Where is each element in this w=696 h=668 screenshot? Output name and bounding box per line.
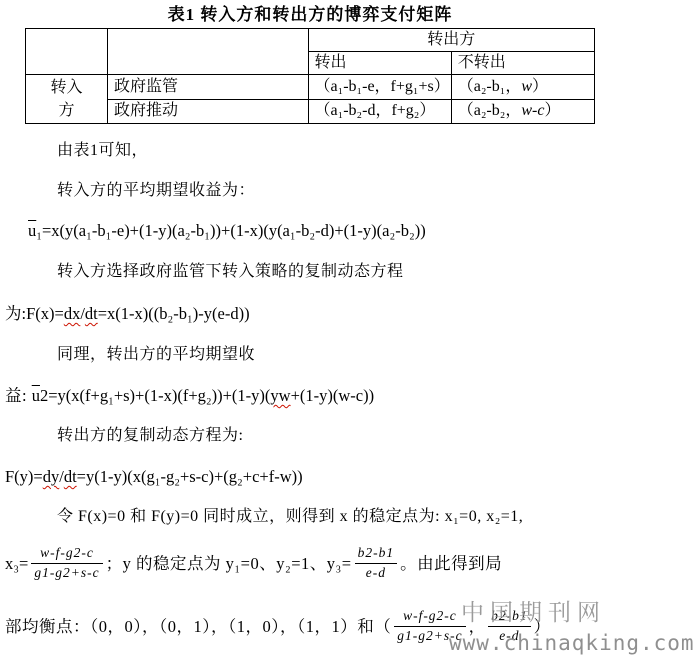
fx-dt-spellcheck: dt [85, 304, 98, 323]
x3-denominator: g1-g2+s-c [31, 564, 102, 582]
col-group-header: 转出方 [308, 29, 594, 52]
row-group-header-line2: 方 [32, 99, 101, 122]
payoff-matrix-table: 转出方 转出 不转出 转入 方 政府监管 （a₁-b₁-e，f+g₁+s） （a… [25, 28, 595, 124]
payoff-var: w [521, 78, 532, 95]
x3-numerator: w-f-g2-c [31, 545, 102, 564]
fx-expression: =x(1-x)((b₂-b₁)-y(e-d)) [98, 304, 250, 323]
y-stability-text: ；y 的稳定点为 y₁=0、y₂=1、y₃= [106, 554, 352, 573]
payoff-prefix: （a₂-b₂， [458, 102, 522, 119]
x3-fraction: w-f-g2-cg1-g2+s-c [31, 545, 102, 582]
fy-dt-spellcheck: dt [64, 467, 77, 486]
paragraph-expected-payoff-in: 转入方的平均期望收益为： [57, 181, 255, 200]
table-row: 转出方 [26, 29, 595, 52]
table-title: 表1 转入方和转出方的博弈支付矩阵 [25, 3, 595, 26]
corner-cell-empty-2 [108, 29, 309, 75]
document-page: 表1 转入方和转出方的博弈支付矩阵 转出方 转出 不转出 转入 方 政府监管 （… [0, 0, 696, 668]
col-header-notout: 不转出 [451, 52, 594, 75]
row-group-header: 转入 方 [26, 75, 108, 124]
paragraph-replicator-intro: 转入方选择政府监管下转入策略的复制动态方程 [57, 262, 404, 281]
row-group-header-line1: 转入 [32, 76, 101, 99]
strategy-cell-supervise: 政府监管 [108, 75, 309, 100]
formula-x3-y3: x₃= w-f-g2-cg1-g2+s-c ；y 的稳定点为 y₁=0、y₂=1… [5, 538, 502, 588]
y3-fraction: b2-b1e-d [355, 545, 398, 582]
fy-dy-spellcheck: dy [43, 467, 60, 486]
fy-prefix: F(y)= [5, 467, 43, 486]
formula-fy: F(y)=dy/dt=y(1-y)(x(g₁-g₂+s-c)+(g₂+c+f-w… [5, 467, 303, 486]
watermark-site-name: 中国期刊网 [461, 594, 606, 627]
eq-frac-x-numerator: w-f-g2-c [394, 608, 465, 627]
payoff-cell-r1-notout: （a₂-b₁，w） [451, 75, 594, 100]
u2-prefix: 益: [5, 386, 32, 405]
formula-u2: 益: u2=y(x(f+g₁+s)+(1-x)(f+g₂))+(1-y)(yw+… [5, 386, 374, 405]
y3-numerator: b2-b1 [355, 545, 398, 564]
equilibrium-list: 部均衡点：（0，0），（0，1），（1，0），（1，1）和（ [5, 617, 391, 636]
fx-prefix: 为:F(x)= [5, 304, 64, 323]
payoff-cell-r1-out: （a₁-b₁-e，f+g₁+s） [308, 75, 451, 100]
fy-expression: =y(1-y)(x(g₁-g₂+s-c)+(g₂+c+f-w)) [77, 467, 303, 486]
col-header-out: 转出 [308, 52, 451, 75]
local-text: 。由此得到局 [400, 554, 502, 573]
payoff-prefix: （a₂-b₁， [458, 78, 522, 95]
paragraph-similarly: 同理，转出方的平均期望收 [57, 345, 255, 364]
payoff-suffix: ） [532, 78, 548, 95]
u1-expression: ₁=x(y(a₁-b₁-e)+(1-y)(a₂-b₁))+(1-x)(y(a₁-… [36, 221, 425, 240]
paragraph-stability-points: 令 F(x)=0 和 F(y)=0 同时成立，则得到 x 的稳定点为: x₁=0… [57, 507, 523, 526]
strategy-cell-promote: 政府推动 [108, 99, 309, 124]
formula-u1: u₁=x(y(a₁-b₁-e)+(1-y)(a₂-b₁))+(1-x)(y(a₁… [28, 221, 426, 240]
payoff-cell-r2-notout: （a₂-b₂，w-c） [451, 99, 594, 124]
u1-var-overbar: u [28, 221, 36, 240]
table-row: 转入 方 政府监管 （a₁-b₁-e，f+g₁+s） （a₂-b₁，w） [26, 75, 595, 100]
u2-expression-right: +(1-y)(w-c)) [291, 386, 375, 405]
payoff-var: w-c [521, 102, 544, 119]
y3-denominator: e-d [355, 564, 398, 582]
u2-yw-spellcheck: yw [270, 386, 290, 405]
payoff-cell-r2-out: （a₁-b₂-d，f+g₂） [308, 99, 451, 124]
fx-dx-spellcheck: dx [64, 304, 81, 323]
x3-label: x₃= [5, 554, 28, 573]
paragraph-intro: 由表1可知， [57, 141, 148, 160]
paragraph-replicator-out: 转出方的复制动态方程为: [57, 426, 243, 445]
formula-fx: 为:F(x)=dx/dt=x(1-x)((b₂-b₁)-y(e-d)) [5, 304, 250, 323]
u2-var-overbar: u [32, 386, 40, 405]
corner-cell-empty [26, 29, 108, 75]
u2-expression-left: 2=y(x(f+g₁+s)+(1-x)(f+g₂))+(1-y)( [40, 386, 270, 405]
watermark-site-url: www.chinaqking.com [449, 631, 695, 655]
payoff-suffix: ） [544, 102, 560, 119]
table-row: 政府推动 （a₁-b₂-d，f+g₂） （a₂-b₂，w-c） [26, 99, 595, 124]
